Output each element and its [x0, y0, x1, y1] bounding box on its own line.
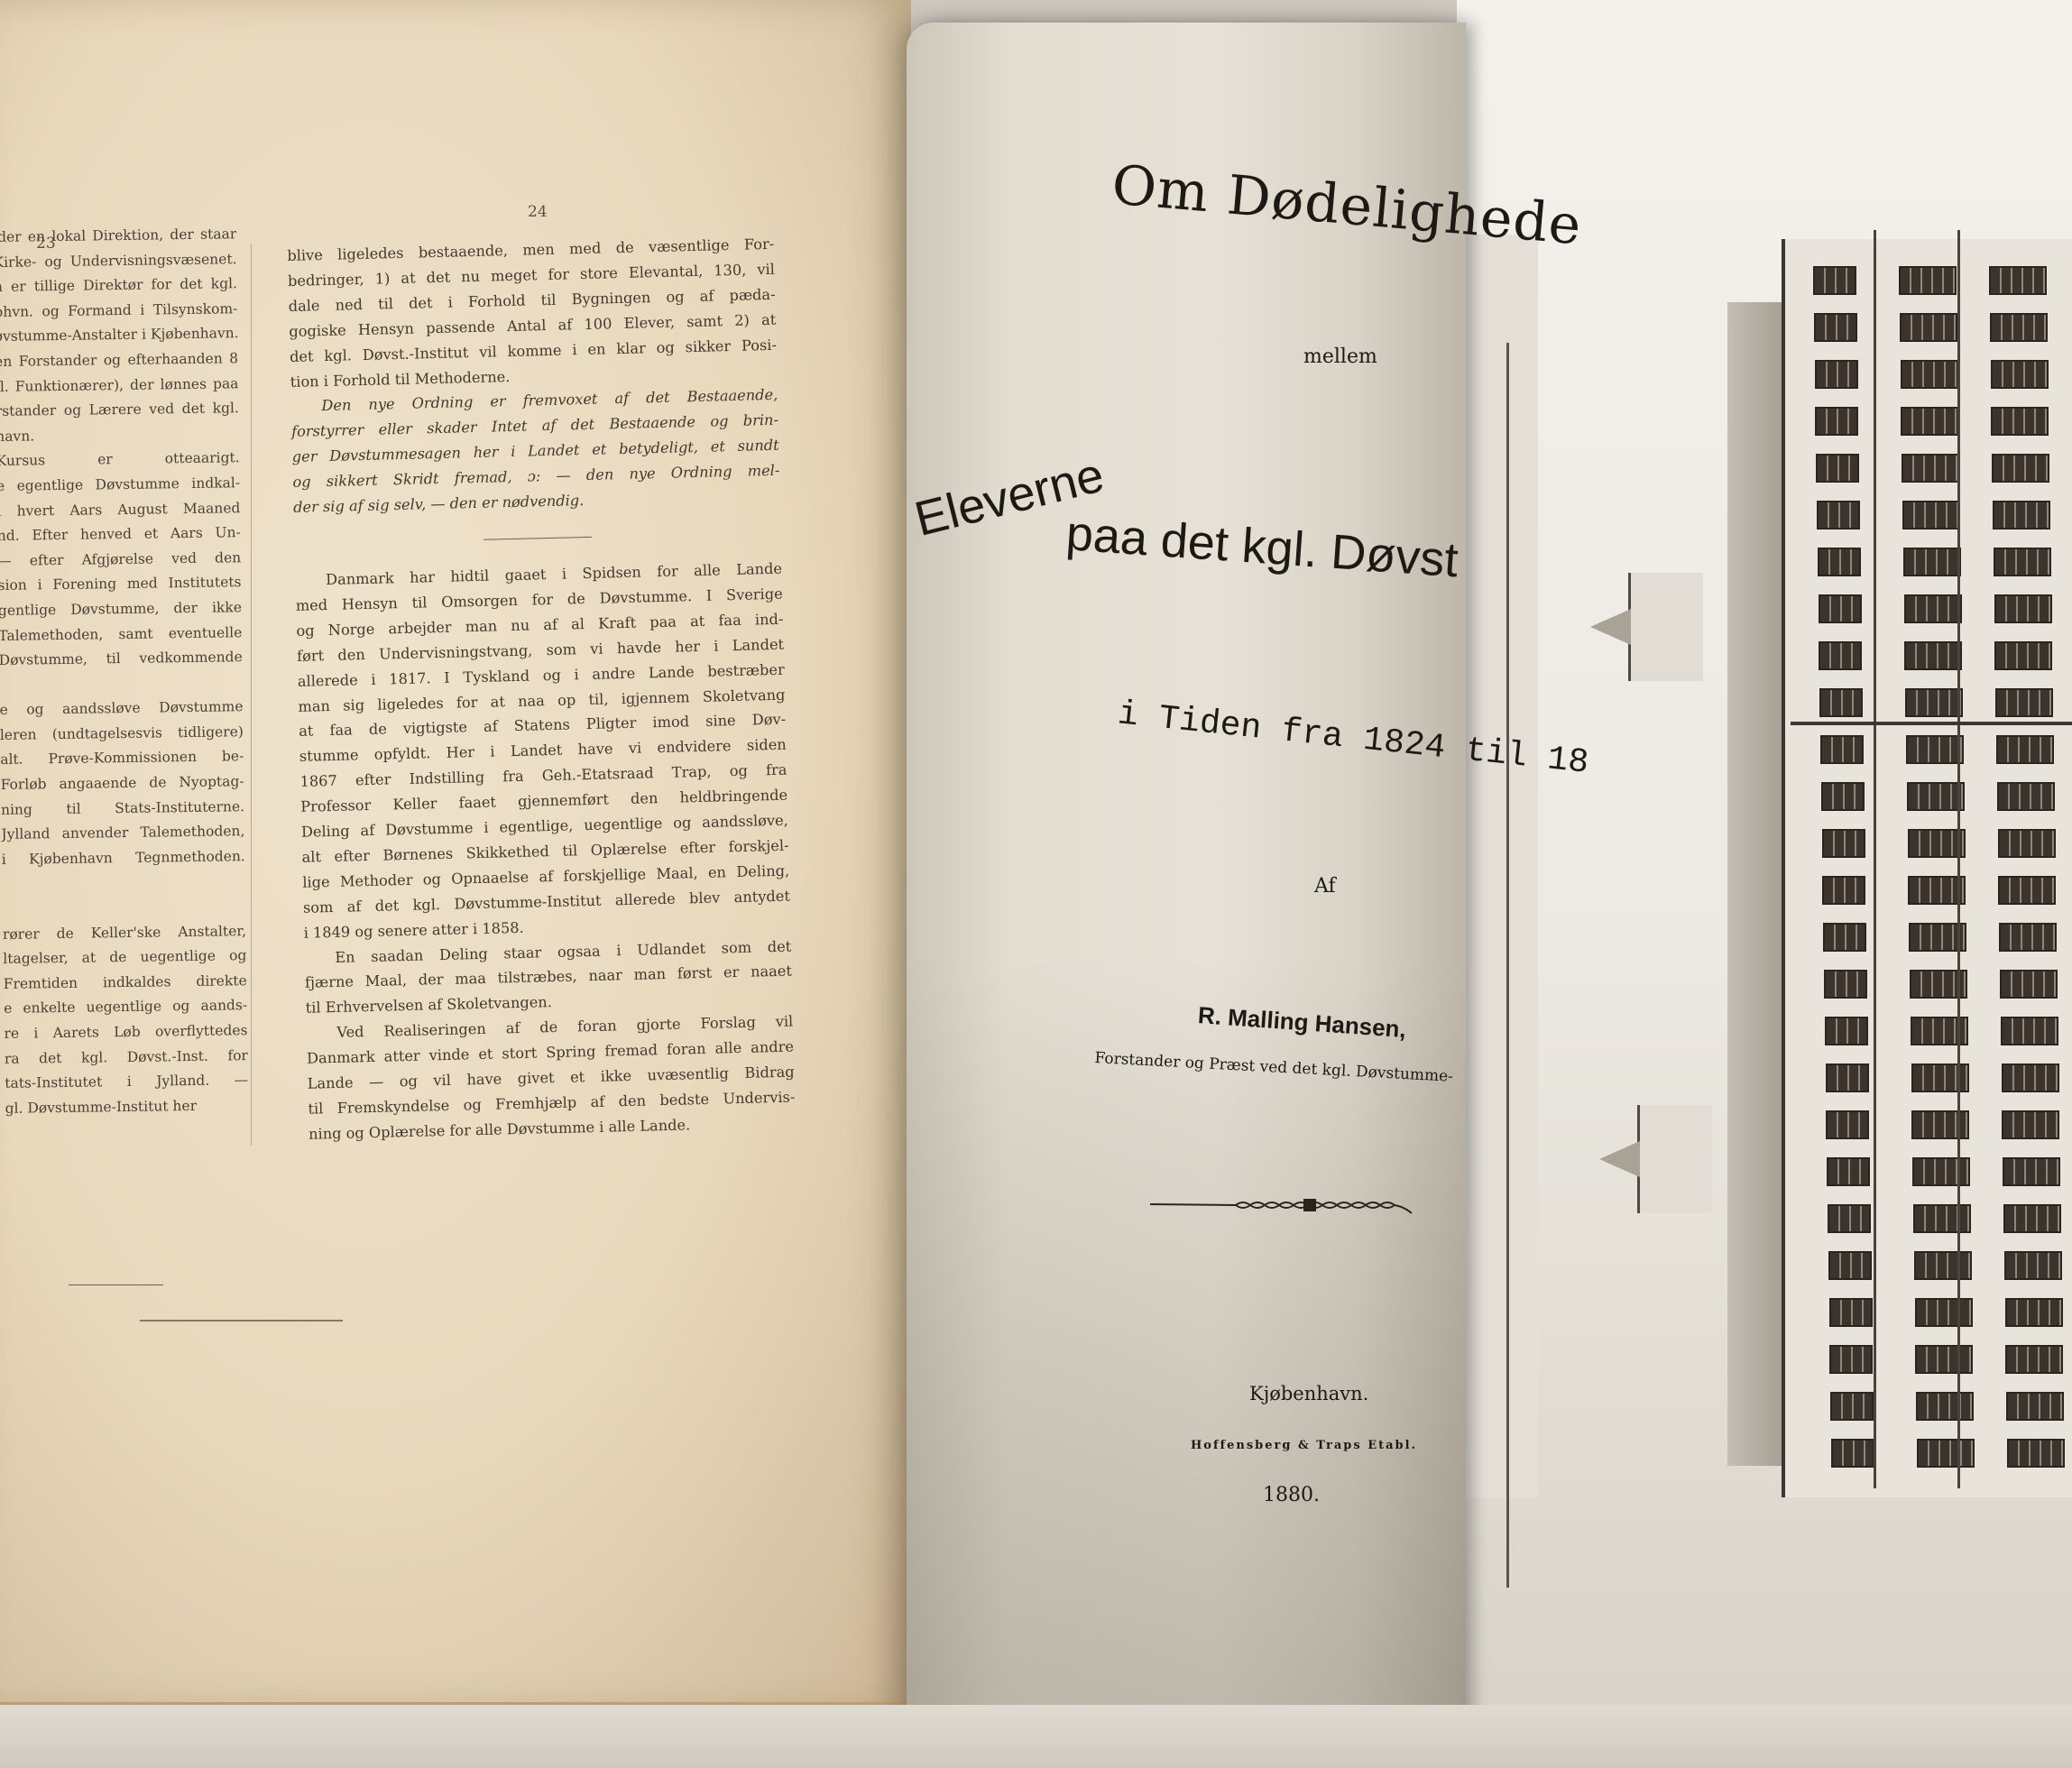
- window-icon: [1991, 407, 2049, 436]
- window-icon: [1901, 360, 1958, 389]
- window-icon: [1815, 360, 1858, 389]
- text-line: bhvn. og Formand i Tilsynskom-: [0, 297, 238, 325]
- text-line: ra det kgl. Døvst.-Inst. for: [5, 1044, 248, 1072]
- window-icon: [1904, 594, 1962, 623]
- window-icon: [2007, 1439, 2065, 1468]
- window-icon: [1826, 1110, 1869, 1139]
- text-line: e enkelte uegentlige og aands-: [4, 994, 247, 1022]
- printer-name: Hoffensberg & Traps Etabl.: [1191, 1439, 1417, 1452]
- window-icon: [2002, 1110, 2059, 1139]
- window-icon: [1820, 735, 1864, 764]
- window-icon: [1991, 360, 2049, 389]
- by-text: Af: [1314, 875, 1336, 898]
- window-icon: [1915, 1345, 1973, 1374]
- page-23-separator: [69, 1285, 163, 1285]
- paragraph-4: En saadan Deling staar ogsaa i Udlandet …: [304, 934, 793, 1021]
- page-23-end-rule: [140, 1320, 343, 1321]
- window-icon: [1999, 923, 2057, 952]
- text-line: [0, 670, 243, 698]
- window-icon: [1827, 1157, 1870, 1186]
- text-line: i Kjøbenhavn Tegnmethoden.: [2, 844, 245, 872]
- window-icon: [1825, 1017, 1868, 1045]
- window-icon: [1818, 548, 1861, 576]
- text-line: rører de Keller'ske Anstalter,: [3, 919, 246, 947]
- window-icon: [1902, 454, 1959, 483]
- text-line: lder en lokal Direktion, der staar: [0, 222, 236, 250]
- window-icon: [1916, 1392, 1974, 1421]
- page-number-24: 24: [528, 203, 548, 221]
- text-line: havn.: [0, 421, 239, 449]
- window-icon: [2006, 1392, 2064, 1421]
- window-icon: [1902, 501, 1960, 529]
- paragraph-1: blive ligeledes bestaaende, men med de v…: [287, 232, 778, 395]
- text-line: rstander og Lærere ved det kgl.: [0, 396, 239, 424]
- window-icon: [1908, 829, 1966, 858]
- window-icon: [1819, 594, 1862, 623]
- page-23-text: lder en lokal Direktion, der staarKirke-…: [0, 222, 249, 1121]
- window-icon: [1992, 454, 2049, 483]
- window-icon: [1900, 313, 1957, 342]
- paragraph-3: Danmark har hidtil gaaet i Spidsen for a…: [295, 557, 791, 946]
- text-line: [2, 870, 245, 898]
- text-line: sion i Forening med Institutets: [0, 571, 242, 599]
- window-icon: [1911, 1110, 1969, 1139]
- window-icon: [1994, 548, 2051, 576]
- window-icon: [1996, 735, 2054, 764]
- window-icon: [1906, 735, 1964, 764]
- window-icon: [1824, 970, 1867, 999]
- column-divider: [251, 244, 252, 1146]
- window-icon: [1994, 594, 2052, 623]
- open-book-spread: 23 24 lder en lokal Direktion, der staar…: [0, 0, 911, 1709]
- text-line: [2, 894, 245, 922]
- window-icon: [1993, 501, 2050, 529]
- text-line: Kursus er otteaarigt.: [0, 447, 240, 474]
- window-icon: [1819, 688, 1863, 717]
- window-icon: [1901, 407, 1958, 436]
- section-separator: [483, 537, 592, 540]
- text-line: øvstumme-Anstalter i Kjøbenhavn.: [0, 322, 238, 350]
- window-icon: [1816, 454, 1859, 483]
- text-line: Talemethoden, samt eventuelle: [0, 621, 243, 649]
- window-icon: [1814, 313, 1857, 342]
- ornament-rule-icon: [1150, 1193, 1412, 1220]
- window-icon: [1913, 1204, 1971, 1233]
- text-line: fl. Funktionærer), der lønnes paa: [0, 372, 239, 400]
- text-line: alt. Prøve-Kommissionen be-: [0, 745, 244, 773]
- cornice-line: [1791, 722, 2072, 725]
- window-icon: [2003, 1157, 2060, 1186]
- window-icon: [1907, 782, 1965, 811]
- window-icon: [1903, 548, 1961, 576]
- window-icon: [1995, 688, 2053, 717]
- window-icon: [1912, 1157, 1970, 1186]
- window-icon: [2005, 1345, 2063, 1374]
- window-icon: [1990, 313, 2048, 342]
- window-icon: [1899, 266, 1957, 295]
- table-surface: [0, 1705, 2072, 1768]
- window-icon: [1829, 1345, 1873, 1374]
- text-line: en Forstander og efterhaanden 8: [0, 346, 238, 374]
- text-line: — efter Afgjørelse ved den: [0, 546, 241, 574]
- window-icon: [1826, 1064, 1869, 1092]
- page-24-text: blive ligeledes bestaaende, men med de v…: [287, 232, 796, 1147]
- window-icon: [1989, 266, 2047, 295]
- window-icon: [1817, 501, 1860, 529]
- text-line: leren (undtagelsesvis tidligere): [0, 720, 244, 748]
- window-icon: [1831, 1439, 1874, 1468]
- window-icon: [1994, 641, 2052, 670]
- window-icon: [2004, 1251, 2062, 1280]
- window-icon: [1998, 829, 2056, 858]
- paragraph-5: Ved Realiseringen af de foran gjorte For…: [306, 1009, 796, 1147]
- window-icon: [1998, 876, 2056, 905]
- window-icon: [1829, 1298, 1873, 1327]
- text-line: e egentlige Døvstumme indkal-: [0, 471, 240, 499]
- window-icon: [2000, 970, 2058, 999]
- plate-left-strip: [1457, 235, 1538, 1497]
- title-page: Om Dødelighede mellem Eleverne paa det k…: [907, 23, 1466, 1768]
- text-line: gl. Døvstumme-Institut her: [5, 1093, 248, 1121]
- plate-border-line: [1506, 343, 1509, 1588]
- window-icon: [1997, 782, 2055, 811]
- window-icon: [1822, 876, 1865, 905]
- window-icon: [1830, 1392, 1874, 1421]
- tower-icon: [1637, 1105, 1712, 1213]
- window-icon: [1915, 1298, 1973, 1327]
- window-icon: [2002, 1064, 2059, 1092]
- window-icon: [1905, 688, 1963, 717]
- text-line: tats-Institutet i Jylland. —: [5, 1068, 248, 1096]
- window-icon: [1823, 923, 1866, 952]
- window-icon: [1819, 641, 1862, 670]
- window-icon: [1828, 1204, 1871, 1233]
- subject-text-part2: paa det kgl. Døvst: [1064, 505, 1460, 588]
- window-icon: [2003, 1204, 2061, 1233]
- text-line: Jylland anvender Talemethoden,: [1, 819, 244, 847]
- building-elevation-drawing: [1727, 230, 2072, 1511]
- place-of-publication: Kjøbenhavn.: [1249, 1383, 1368, 1404]
- pilaster-line: [1874, 230, 1876, 1488]
- paragraph-2: Den nye Ordning er fremvoxet af det Best…: [290, 382, 780, 520]
- publication-year: 1880.: [1263, 1484, 1320, 1506]
- text-line: gentlige Døvstumme, der ikke: [0, 595, 242, 623]
- text-line: re i Aarets Løb overflyttedes: [4, 1018, 247, 1046]
- text-line: Kirke- og Undervisningsvæsenet.: [0, 247, 237, 275]
- text-line: Forløb angaaende de Nyoptag-: [0, 769, 244, 797]
- text-line: e og aandssløve Døvstumme: [0, 695, 244, 723]
- window-icon: [1904, 641, 1962, 670]
- window-icon: [2005, 1298, 2063, 1327]
- text-line: Fremtiden indkaldes direkte: [4, 969, 247, 997]
- window-icon: [1822, 829, 1865, 858]
- text-line: ltagelser, at de uegentlige og: [3, 944, 246, 971]
- window-icon: [1917, 1439, 1975, 1468]
- text-line: nd. Efter henved et Aars Un-: [0, 520, 241, 548]
- window-icon: [1815, 407, 1858, 436]
- tower-icon: [1628, 573, 1703, 681]
- pilaster-line: [1957, 230, 1960, 1488]
- window-icon: [1821, 782, 1865, 811]
- text-line: ning til Stats-Instituterne.: [1, 795, 244, 823]
- text-line: Døvstumme, til vedkommende: [0, 645, 243, 673]
- text-line: n er tillige Direktør for det kgl.: [0, 272, 237, 299]
- window-icon: [1914, 1251, 1972, 1280]
- illustration-plate: [1457, 0, 2072, 1745]
- text-line: i hvert Aars August Maaned: [0, 496, 241, 524]
- window-icon: [1813, 266, 1856, 295]
- window-icon: [2001, 1017, 2058, 1045]
- connector-text: mellem: [1303, 345, 1377, 368]
- window-icon: [1828, 1251, 1872, 1280]
